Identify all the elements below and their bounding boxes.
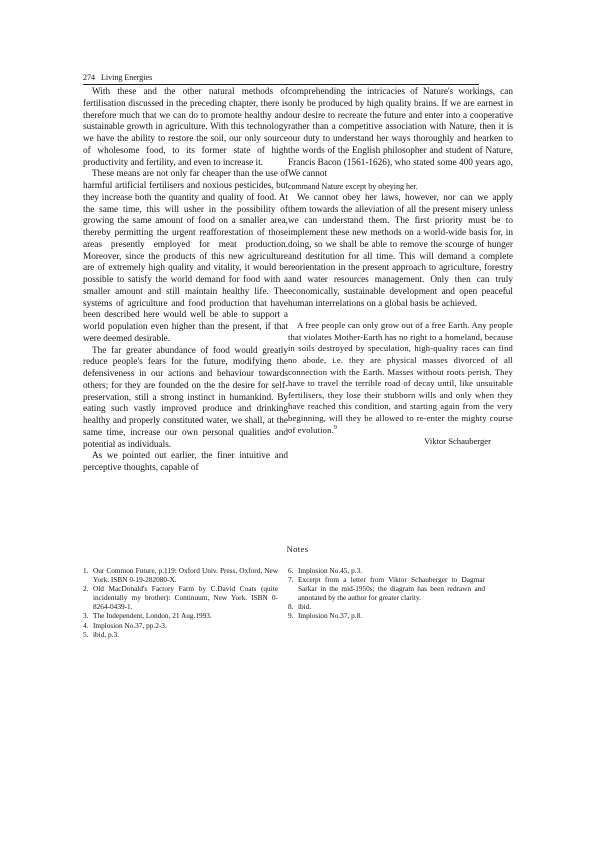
note-text: Old MacDonald's Factory Farm by C.David … bbox=[93, 584, 278, 611]
note-item: 8.ibid. bbox=[288, 602, 485, 611]
note-text: Implosion No.45, p.3. bbox=[298, 566, 485, 575]
quote-signature: Viktor Schauberger bbox=[288, 436, 513, 447]
right-column: comprehending the intricacies of Nature'… bbox=[288, 87, 513, 447]
note-text: Excerpt from a letter from Viktor Schaub… bbox=[298, 575, 485, 602]
body-paragraph: We cannot obey her laws, however, nor ca… bbox=[288, 193, 513, 311]
note-item: 5.ibid, p.3. bbox=[83, 630, 278, 639]
note-item: 9.Implosion No.37, p.8. bbox=[288, 611, 485, 620]
note-number: 3. bbox=[83, 611, 93, 620]
body-paragraph: These means are not only far cheaper tha… bbox=[83, 169, 288, 345]
note-text: Implosion No.37, p.8. bbox=[298, 611, 485, 620]
note-number: 1. bbox=[83, 566, 93, 584]
body-paragraph: With these and the other natural methods… bbox=[83, 87, 288, 169]
continued-paragraph: comprehending the intricacies of Nature'… bbox=[288, 87, 513, 181]
note-number: 9. bbox=[288, 611, 298, 620]
note-number: 7. bbox=[288, 575, 298, 602]
notes-list-left: 1.Our Common Future, p.119: Oxford Univ.… bbox=[83, 566, 278, 639]
note-number: 2. bbox=[83, 584, 93, 611]
note-item: 6.Implosion No.45, p.3. bbox=[288, 566, 485, 575]
note-text: The Independent, London, 21 Aug.1993. bbox=[93, 611, 278, 620]
running-head-title: Living Energies bbox=[101, 73, 152, 82]
page-number: 274 bbox=[83, 73, 95, 82]
notes-list-right: 6.Implosion No.45, p.3. 7.Excerpt from a… bbox=[288, 566, 485, 621]
note-item: 4.Implosion No.37, pp.2-3. bbox=[83, 621, 278, 630]
note-text: Implosion No.37, pp.2-3. bbox=[93, 621, 278, 630]
note-number: 6. bbox=[288, 566, 298, 575]
bacon-quote-tail: command Nature except by obeying her. bbox=[288, 181, 513, 193]
left-column: With these and the other natural methods… bbox=[83, 87, 288, 475]
note-number: 5. bbox=[83, 630, 93, 639]
footnote-ref[interactable]: 9 bbox=[334, 425, 337, 431]
note-item: 1.Our Common Future, p.119: Oxford Univ.… bbox=[83, 566, 278, 584]
body-paragraph: The far greater abundance of food would … bbox=[83, 346, 288, 452]
note-number: 8. bbox=[288, 602, 298, 611]
note-text: ibid. bbox=[298, 602, 485, 611]
note-item: 2.Old MacDonald's Factory Farm by C.Davi… bbox=[83, 584, 278, 611]
note-number: 4. bbox=[83, 621, 93, 630]
note-item: 7.Excerpt from a letter from Viktor Scha… bbox=[288, 575, 485, 602]
running-head: 274 Living Energies bbox=[83, 73, 479, 85]
note-text: Our Common Future, p.119: Oxford Univ. P… bbox=[93, 566, 278, 584]
note-item: 3.The Independent, London, 21 Aug.1993. bbox=[83, 611, 278, 620]
schauberger-quote: A free people can only grow out of a fre… bbox=[288, 320, 513, 436]
notes-heading: Notes bbox=[0, 544, 595, 554]
quote-text: A free people can only grow out of a fre… bbox=[288, 320, 513, 434]
body-paragraph: As we pointed out earlier, the finer int… bbox=[83, 451, 288, 475]
note-text: ibid, p.3. bbox=[93, 630, 278, 639]
